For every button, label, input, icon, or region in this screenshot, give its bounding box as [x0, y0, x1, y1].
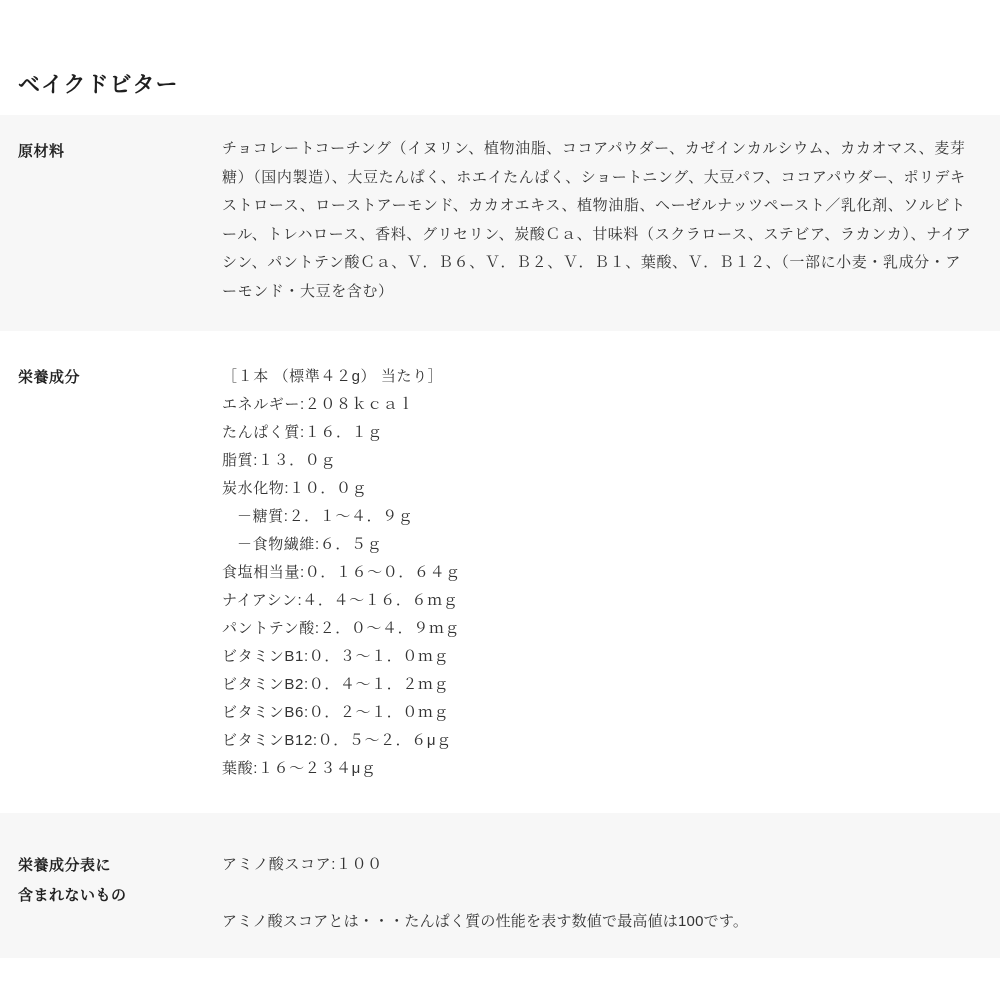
ingredients-cell: チョコレートコーチング（イヌリン、植物油脂、ココアパウダー、カゼインカルシウム、… [222, 115, 1000, 331]
nutrition-line-salt: 食塩相当量:０．１６～０．６４ｇ [222, 559, 975, 587]
nutrition-line-carbohydrate: 炭水化物:１０．０ｇ [222, 475, 975, 503]
row-ingredients: 原材料 チョコレートコーチング（イヌリン、植物油脂、ココアパウダー、カゼインカル… [0, 115, 1000, 331]
row-nutrition: 栄養成分 ［１本 （標準４２g） 当たり］ エネルギー:２０８ｋｃａｌ たんぱく… [0, 331, 1000, 813]
row-excluded-from-nutrition: 栄養成分表に 含まれないもの アミノ酸スコア:１００ アミノ酸スコアとは・・・た… [0, 813, 1000, 958]
excluded-label-line1: 栄養成分表に [18, 851, 212, 881]
nutrition-label: 栄養成分 [0, 331, 222, 813]
nutrition-line-folic-acid: 葉酸:１６～２３４μｇ [222, 755, 975, 783]
amino-acid-score: アミノ酸スコア:１００ [222, 851, 975, 880]
nutrition-line-vitamin-b2: ビタミンB2:０．４～１．２ｍｇ [222, 671, 975, 699]
ingredients-text: チョコレートコーチング（イヌリン、植物油脂、ココアパウダー、カゼインカルシウム、… [222, 135, 975, 306]
nutrition-line-sugar: －糖質:２．１～４．９ｇ [222, 503, 975, 531]
nutrition-line-vitamin-b6: ビタミンB6:０．２～１．０ｍｇ [222, 699, 975, 727]
nutrition-line-energy: エネルギー:２０８ｋｃａｌ [222, 391, 975, 419]
nutrition-line-fiber: －食物繊維:６．５ｇ [222, 531, 975, 559]
excluded-cell: アミノ酸スコア:１００ アミノ酸スコアとは・・・たんぱく質の性能を表す数値で最高… [222, 813, 1000, 958]
nutrition-line-fat: 脂質:１３．０ｇ [222, 447, 975, 475]
excluded-label-line2: 含まれないもの [18, 881, 212, 911]
nutrition-cell: ［１本 （標準４２g） 当たり］ エネルギー:２０８ｋｃａｌ たんぱく質:１６．… [222, 331, 1000, 813]
excluded-label: 栄養成分表に 含まれないもの [0, 813, 222, 958]
nutrition-line-vitamin-b12: ビタミンB12:０．５～２．６μｇ [222, 727, 975, 755]
product-detail-page: ベイクドビター 原材料 チョコレートコーチング（イヌリン、植物油脂、ココアパウダ… [0, 0, 1000, 1000]
nutrition-line-protein: たんぱく質:１６．１ｇ [222, 419, 975, 447]
ingredients-label: 原材料 [0, 115, 222, 331]
nutrition-line-vitamin-b1: ビタミンB1:０．３～１．０ｍｇ [222, 643, 975, 671]
product-spec-table: 原材料 チョコレートコーチング（イヌリン、植物油脂、ココアパウダー、カゼインカル… [0, 115, 1000, 958]
nutrition-line-niacin: ナイアシン:４．４～１６．６ｍｇ [222, 587, 975, 615]
amino-acid-score-note: アミノ酸スコアとは・・・たんぱく質の性能を表す数値で最高値は100です。 [222, 908, 975, 937]
product-title: ベイクドビター [18, 70, 1000, 100]
nutrition-serving-size: ［１本 （標準４２g） 当たり］ [222, 363, 975, 391]
nutrition-line-pantothenic-acid: パントテン酸:２．０～４．９ｍｇ [222, 615, 975, 643]
